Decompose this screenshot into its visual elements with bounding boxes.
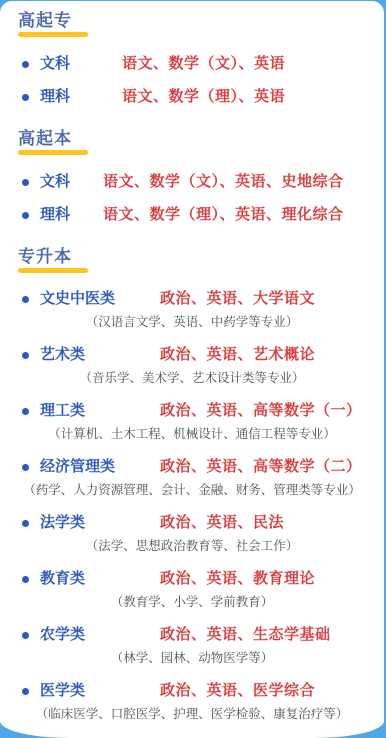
subjects-text: 政治、英语、民法 [160, 513, 284, 533]
track-label: 文科 [40, 54, 122, 74]
bullet-icon [22, 408, 29, 415]
majors-text: （药学、人力资源管理、会计、金融、财务、管理类等专业） [18, 482, 374, 498]
exam-subjects-card: 高起专 文科 语文、数学（文）、英语 理科 语文、数学（理）、英语 高起本 文科… [0, 1, 384, 738]
category-label: 农学类 [40, 625, 160, 645]
category-label: 经济管理类 [40, 457, 160, 477]
subjects-text: 政治、英语、艺术概论 [160, 345, 315, 365]
category-item: 经济管理类 政治、英语、高等数学（二） （药学、人力资源管理、会计、金融、财务、… [18, 457, 374, 498]
category-label: 医学类 [40, 681, 160, 701]
category-label: 教育类 [40, 569, 160, 589]
category-label: 法学类 [40, 513, 160, 533]
bullet-icon [22, 179, 29, 186]
subjects-text: 语文、数学（理）、英语 [122, 87, 285, 107]
section-heading: 高起本 [18, 129, 72, 155]
subjects-text: 政治、英语、生态学基础 [160, 625, 331, 645]
track-row: 教育类 政治、英语、教育理论 [18, 569, 374, 589]
section-gaoqiben: 高起本 文科 语文、数学（文）、英语、史地综合 理科 语文、数学（理）、英语、理… [18, 129, 374, 225]
section-title: 高起专 [18, 11, 72, 31]
majors-text: （音乐学、美术学、艺术设计类等专业） [18, 370, 374, 386]
bullet-icon [22, 61, 29, 68]
track-row: 理科 语文、数学（理）、英语、理化综合 [18, 205, 374, 225]
section-title: 高起本 [18, 129, 72, 149]
majors-text: （计算机、土木工程、机械设计、通信工程等专业） [18, 426, 374, 442]
track-row: 经济管理类 政治、英语、高等数学（二） [18, 457, 374, 477]
yellow-underline [18, 32, 88, 37]
track-row: 艺术类 政治、英语、艺术概论 [18, 345, 374, 365]
subjects-text: 政治、英语、医学综合 [160, 681, 315, 701]
bullet-icon [22, 576, 29, 583]
track-label: 文科 [40, 172, 103, 192]
track-row: 理科 语文、数学（理）、英语 [18, 87, 374, 107]
subjects-text: 政治、英语、高等数学（一） [160, 401, 362, 421]
category-item: 艺术类 政治、英语、艺术概论 （音乐学、美术学、艺术设计类等专业） [18, 345, 374, 386]
bullet-icon [22, 352, 29, 359]
bullet-icon [22, 94, 29, 101]
track-label: 理科 [40, 205, 103, 225]
track-row: 农学类 政治、英语、生态学基础 [18, 625, 374, 645]
bullet-icon [22, 212, 29, 219]
yellow-underline [18, 150, 88, 155]
category-item: 法学类 政治、英语、民法 （法学、思想政治教育等、社会工作） [18, 513, 374, 554]
subjects-text: 语文、数学（理）、英语、理化综合 [103, 205, 344, 225]
category-label: 文史中医类 [40, 289, 160, 309]
category-label: 艺术类 [40, 345, 160, 365]
majors-text: （临床医学、口腔医学、护理、医学检验、康复治疗等） [18, 706, 374, 722]
track-row: 医学类 政治、英语、医学综合 [18, 681, 374, 701]
subjects-text: 政治、英语、大学语文 [160, 289, 315, 309]
subjects-text: 语文、数学（文）、英语、史地综合 [103, 172, 344, 192]
subjects-text: 政治、英语、教育理论 [160, 569, 315, 589]
bullet-icon [22, 520, 29, 527]
majors-text: （林学、园林、动物医学等） [18, 650, 374, 666]
majors-text: （法学、思想政治教育等、社会工作） [18, 538, 374, 554]
track-row: 文史中医类 政治、英语、大学语文 [18, 289, 374, 309]
track-row: 理工类 政治、英语、高等数学（一） [18, 401, 374, 421]
section-gaoqizhuan: 高起专 文科 语文、数学（文）、英语 理科 语文、数学（理）、英语 [18, 11, 374, 107]
bullet-icon [22, 688, 29, 695]
section-title: 专升本 [18, 247, 72, 267]
section-heading: 专升本 [18, 247, 72, 273]
category-item: 文史中医类 政治、英语、大学语文 （汉语言文学、英语、中药学等专业） [18, 289, 374, 330]
section-zhuanshengben: 专升本 文史中医类 政治、英语、大学语文 （汉语言文学、英语、中药学等专业） 艺… [18, 247, 374, 722]
majors-text: （汉语言文学、英语、中药学等专业） [18, 314, 374, 330]
yellow-underline [18, 268, 88, 273]
track-row: 文科 语文、数学（文）、英语 [18, 54, 374, 74]
bullet-icon [22, 632, 29, 639]
subjects-text: 语文、数学（文）、英语 [122, 54, 285, 74]
category-item: 理工类 政治、英语、高等数学（一） （计算机、土木工程、机械设计、通信工程等专业… [18, 401, 374, 442]
section-heading: 高起专 [18, 11, 72, 37]
category-item: 医学类 政治、英语、医学综合 （临床医学、口腔医学、护理、医学检验、康复治疗等） [18, 681, 374, 722]
track-label: 理科 [40, 87, 122, 107]
bullet-icon [22, 296, 29, 303]
category-item: 农学类 政治、英语、生态学基础 （林学、园林、动物医学等） [18, 625, 374, 666]
category-label: 理工类 [40, 401, 160, 421]
category-item: 教育类 政治、英语、教育理论 （教育学、小学、学前教育） [18, 569, 374, 610]
track-row: 文科 语文、数学（文）、英语、史地综合 [18, 172, 374, 192]
bullet-icon [22, 464, 29, 471]
subjects-text: 政治、英语、高等数学（二） [160, 457, 362, 477]
majors-text: （教育学、小学、学前教育） [18, 594, 374, 610]
track-row: 法学类 政治、英语、民法 [18, 513, 374, 533]
